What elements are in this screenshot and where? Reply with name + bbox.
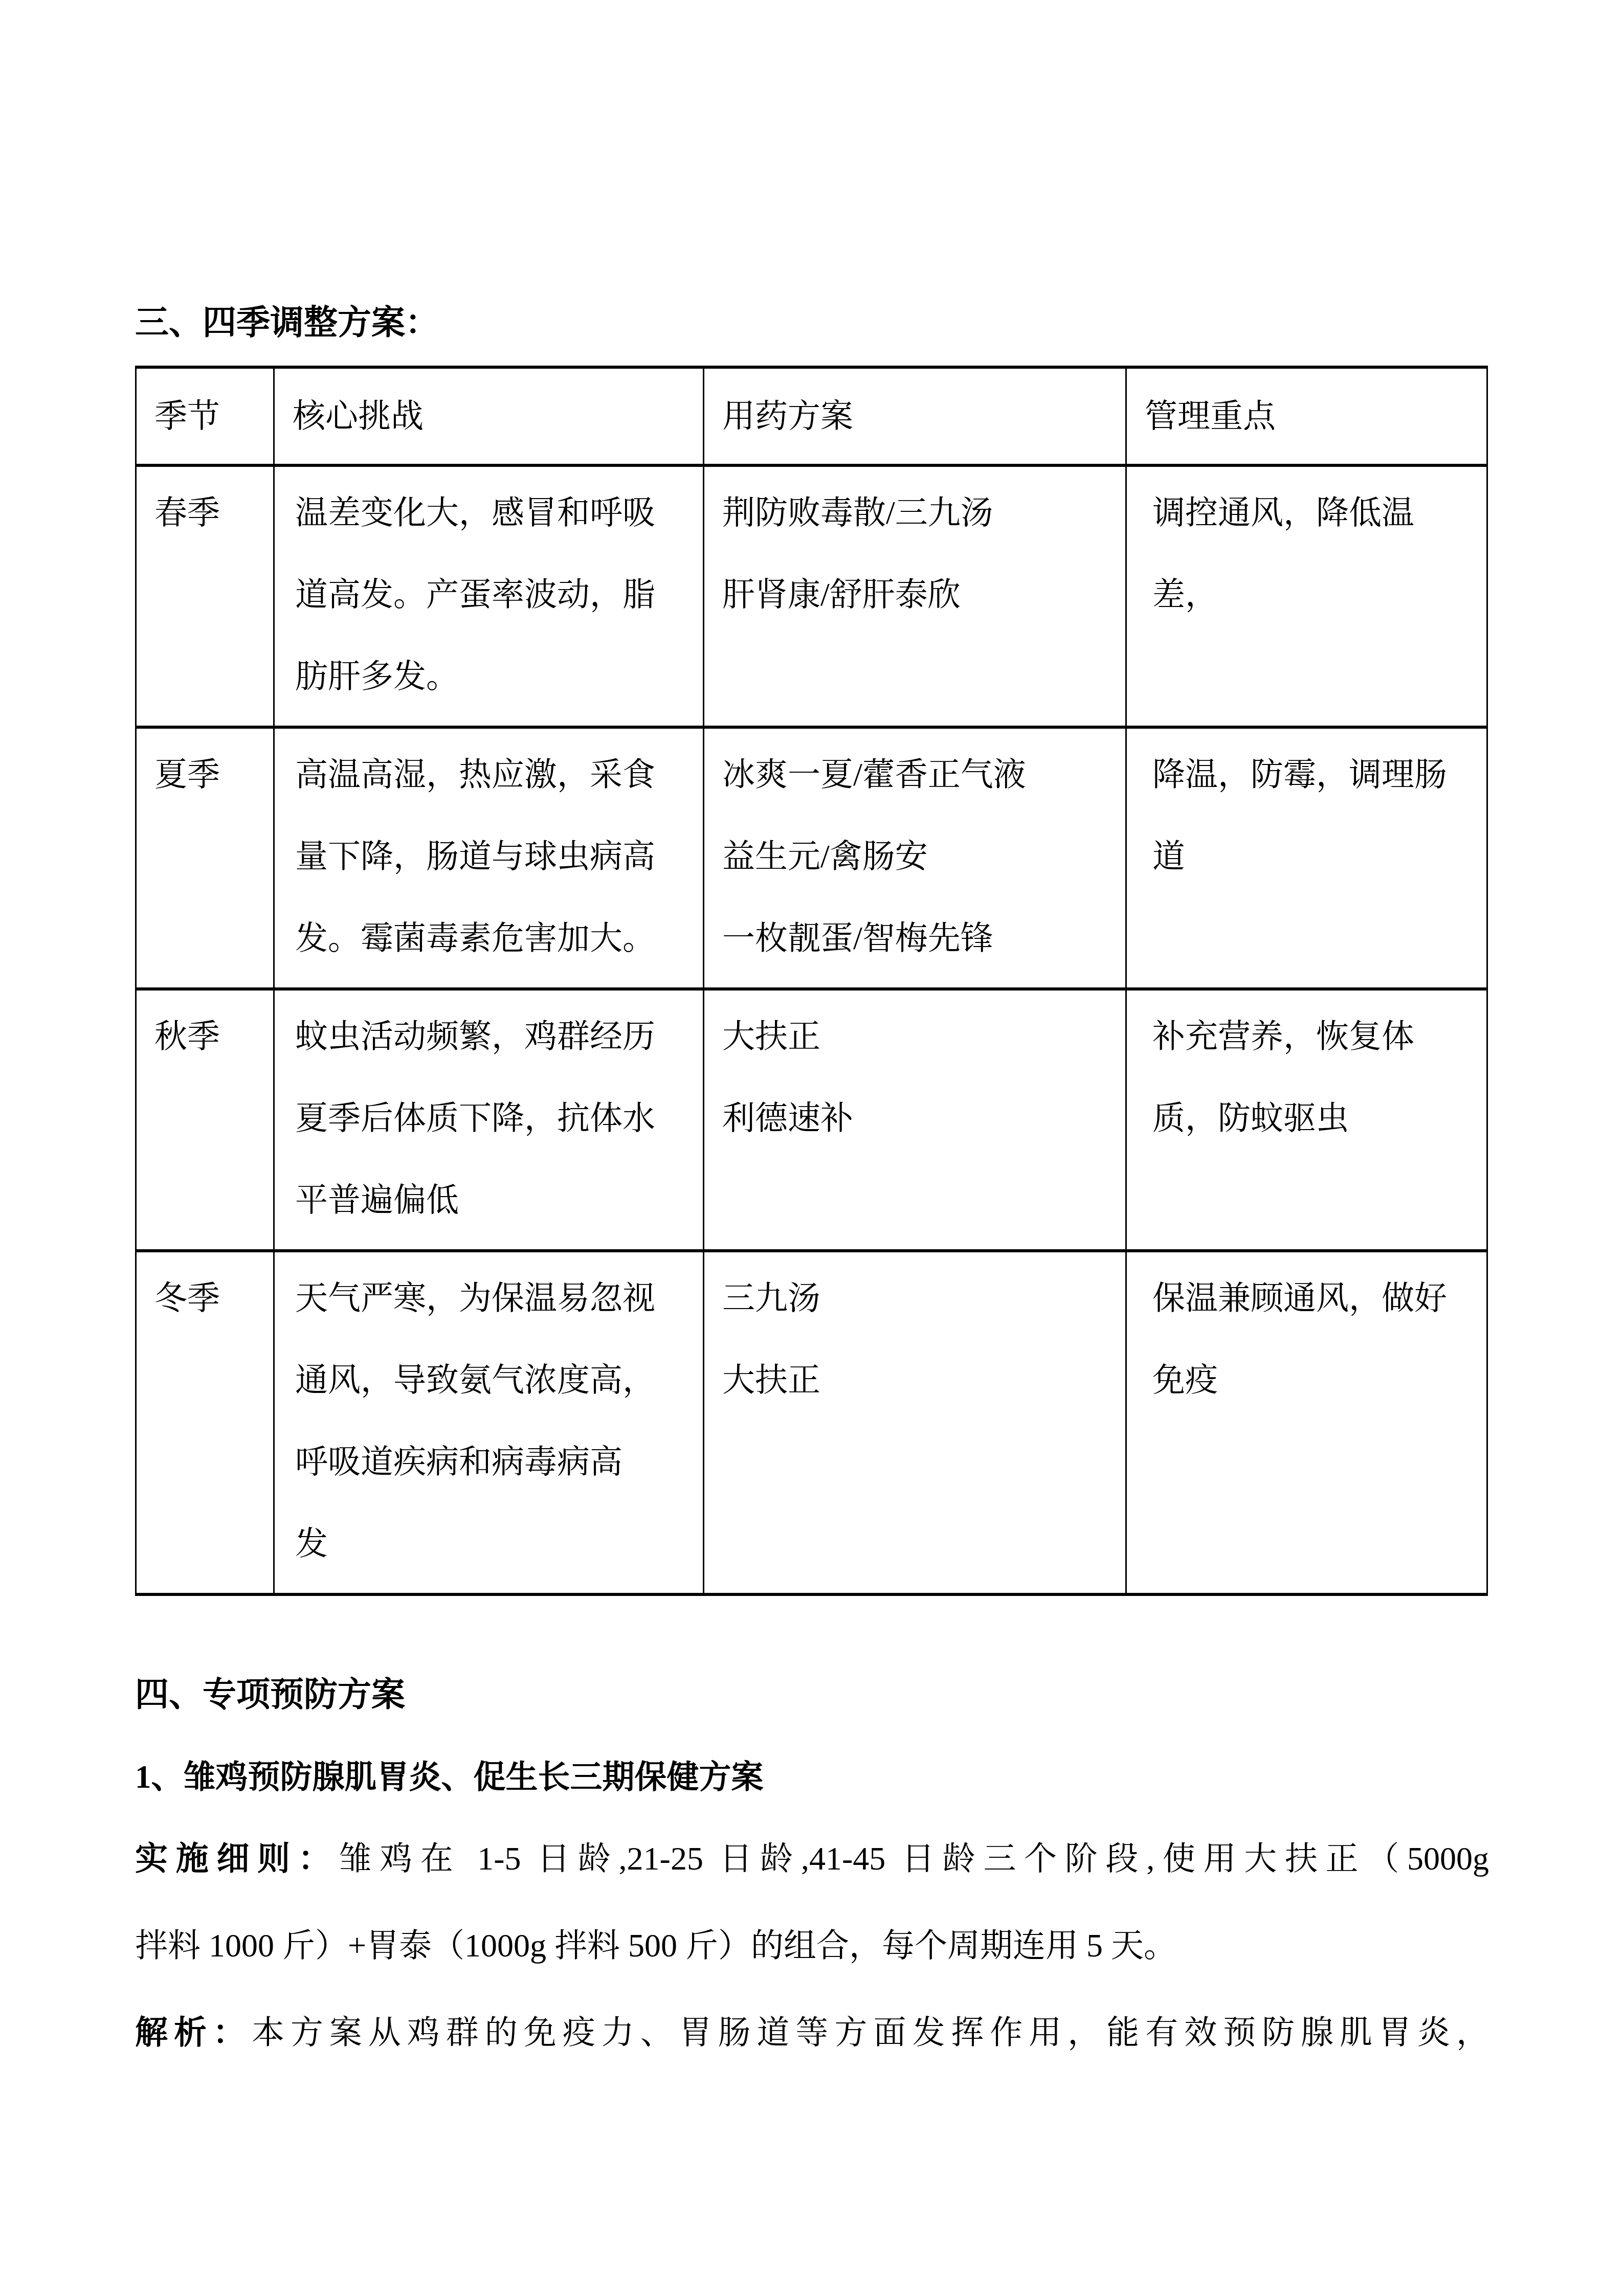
cell-line: 一枚靓蛋/智梅先锋 — [704, 897, 1125, 979]
cell-line: 保温兼顾通风，做好 — [1127, 1257, 1486, 1339]
cell-line: 道 — [1127, 816, 1486, 897]
cell-line: 冰爽一夏/藿香正气液 — [704, 734, 1125, 816]
paragraph-label: 实施细则： — [135, 1840, 339, 1877]
paragraph-text: 雏鸡在 1-5 日龄,21-25 日龄,41-45 日龄三个阶段,使用大扶正（5… — [339, 1840, 1489, 1877]
implementation-paragraph: 实施细则：雏鸡在 1-5 日龄,21-25 日龄,41-45 日龄三个阶段,使用… — [135, 1815, 1489, 1989]
paragraph-line: 实施细则：雏鸡在 1-5 日龄,21-25 日龄,41-45 日龄三个阶段,使用… — [135, 1815, 1489, 1902]
paragraph-line: 解析：本方案从鸡群的免疫力、胃肠道等方面发挥作用，能有效预防腺肌胃炎， — [135, 1989, 1489, 2076]
cell-line: 利德速补 — [704, 1077, 1125, 1159]
cell-line: 调控通风，降低温 — [1127, 472, 1486, 554]
cell-line: 平普遍偏低 — [275, 1159, 703, 1241]
table-row-autumn: 秋季 蚊虫活动频繁，鸡群经历 夏季后体质下降，抗体水 平普遍偏低 大扶正 利德速… — [136, 989, 1487, 1251]
table-header-row: 季节 核心挑战 用药方案 管理重点 — [136, 367, 1487, 465]
paragraph-label: 解析： — [135, 2014, 252, 2051]
cell-line: 发。霉菌毒素危害加大。 — [275, 897, 703, 979]
cell-line: 春季 — [137, 472, 273, 554]
table-row-winter: 冬季 天气严寒，为保温易忽视 通风，导致氨气浓度高， 呼吸道疾病和病毒病高 发 … — [136, 1251, 1487, 1594]
cell-line: 质，防蚊驱虫 — [1127, 1077, 1486, 1159]
cell-line: 补充营养，恢复体 — [1127, 996, 1486, 1077]
cell-line: 益生元/禽肠安 — [704, 816, 1125, 897]
document-page: 三、四季调整方案： 季节 核心挑战 用药方案 管理重点 春季 温差变化大，感冒和… — [0, 0, 1624, 2296]
header-season: 季节 — [136, 367, 274, 465]
paragraph-text: 本方案从鸡群的免疫力、胃肠道等方面发挥作用，能有效预防腺肌胃炎， — [252, 2014, 1489, 2051]
cell-challenge: 高温高湿，热应激，采食 量下降，肠道与球虫病高 发。霉菌毒素危害加大。 — [274, 727, 704, 989]
cell-season: 秋季 — [136, 989, 274, 1251]
cell-line: 三九汤 — [704, 1257, 1125, 1339]
table-row-summer: 夏季 高温高湿，热应激，采食 量下降，肠道与球虫病高 发。霉菌毒素危害加大。 冰… — [136, 727, 1487, 989]
cell-challenge: 天气严寒，为保温易忽视 通风，导致氨气浓度高， 呼吸道疾病和病毒病高 发 — [274, 1251, 704, 1594]
cell-line: 降温，防霉，调理肠 — [1127, 734, 1486, 816]
cell-management: 补充营养，恢复体 质，防蚊驱虫 — [1126, 989, 1487, 1251]
cell-line: 差， — [1127, 554, 1486, 636]
cell-management: 降温，防霉，调理肠 道 — [1126, 727, 1487, 989]
cell-management: 调控通风，降低温 差， — [1126, 465, 1487, 727]
cell-medication: 大扶正 利德速补 — [704, 989, 1126, 1251]
cell-line: 夏季 — [137, 734, 273, 816]
cell-line: 肪肝多发。 — [275, 636, 703, 717]
header-challenge: 核心挑战 — [274, 367, 704, 465]
cell-line: 高温高湿，热应激，采食 — [275, 734, 703, 816]
cell-line: 大扶正 — [704, 996, 1125, 1077]
cell-challenge: 蚊虫活动频繁，鸡群经历 夏季后体质下降，抗体水 平普遍偏低 — [274, 989, 704, 1251]
paragraph-line: 拌料 1000 斤）+胃泰（1000g 拌料 500 斤）的组合，每个周期连用 … — [135, 1902, 1489, 1989]
cell-line: 肝肾康/舒肝泰欣 — [704, 554, 1125, 636]
cell-line: 免疫 — [1127, 1339, 1486, 1421]
cell-medication: 三九汤 大扶正 — [704, 1251, 1126, 1594]
cell-medication: 冰爽一夏/藿香正气液 益生元/禽肠安 一枚靓蛋/智梅先锋 — [704, 727, 1126, 989]
section4-heading: 四、专项预防方案 — [135, 1652, 405, 1739]
section3-heading: 三、四季调整方案： — [135, 280, 439, 367]
cell-line: 天气严寒，为保温易忽视 — [275, 1257, 703, 1339]
seasonal-plan-table: 季节 核心挑战 用药方案 管理重点 春季 温差变化大，感冒和呼吸 道高发。产蛋率… — [135, 366, 1488, 1596]
cell-line: 冬季 — [137, 1257, 273, 1339]
cell-line: 通风，导致氨气浓度高， — [275, 1339, 703, 1421]
cell-line: 量下降，肠道与球虫病高 — [275, 816, 703, 897]
cell-challenge: 温差变化大，感冒和呼吸 道高发。产蛋率波动，脂 肪肝多发。 — [274, 465, 704, 727]
cell-line: 秋季 — [137, 996, 273, 1077]
cell-line: 荆防败毒散/三九汤 — [704, 472, 1125, 554]
cell-medication: 荆防败毒散/三九汤 肝肾康/舒肝泰欣 — [704, 465, 1126, 727]
cell-line: 夏季后体质下降，抗体水 — [275, 1077, 703, 1159]
cell-line: 发 — [275, 1503, 703, 1585]
subsection1-heading: 1、雏鸡预防腺肌胃炎、促生长三期保健方案 — [135, 1734, 764, 1820]
cell-season: 夏季 — [136, 727, 274, 989]
cell-season: 冬季 — [136, 1251, 274, 1594]
cell-line: 温差变化大，感冒和呼吸 — [275, 472, 703, 554]
cell-line: 呼吸道疾病和病毒病高 — [275, 1421, 703, 1503]
cell-line: 蚊虫活动频繁，鸡群经历 — [275, 996, 703, 1077]
cell-line: 道高发。产蛋率波动，脂 — [275, 554, 703, 636]
cell-management: 保温兼顾通风，做好 免疫 — [1126, 1251, 1487, 1594]
cell-line: 大扶正 — [704, 1339, 1125, 1421]
header-management: 管理重点 — [1126, 367, 1487, 465]
cell-season: 春季 — [136, 465, 274, 727]
analysis-paragraph: 解析：本方案从鸡群的免疫力、胃肠道等方面发挥作用，能有效预防腺肌胃炎， — [135, 1989, 1489, 2076]
table-row-spring: 春季 温差变化大，感冒和呼吸 道高发。产蛋率波动，脂 肪肝多发。 荆防败毒散/三… — [136, 465, 1487, 727]
header-medication: 用药方案 — [704, 367, 1126, 465]
